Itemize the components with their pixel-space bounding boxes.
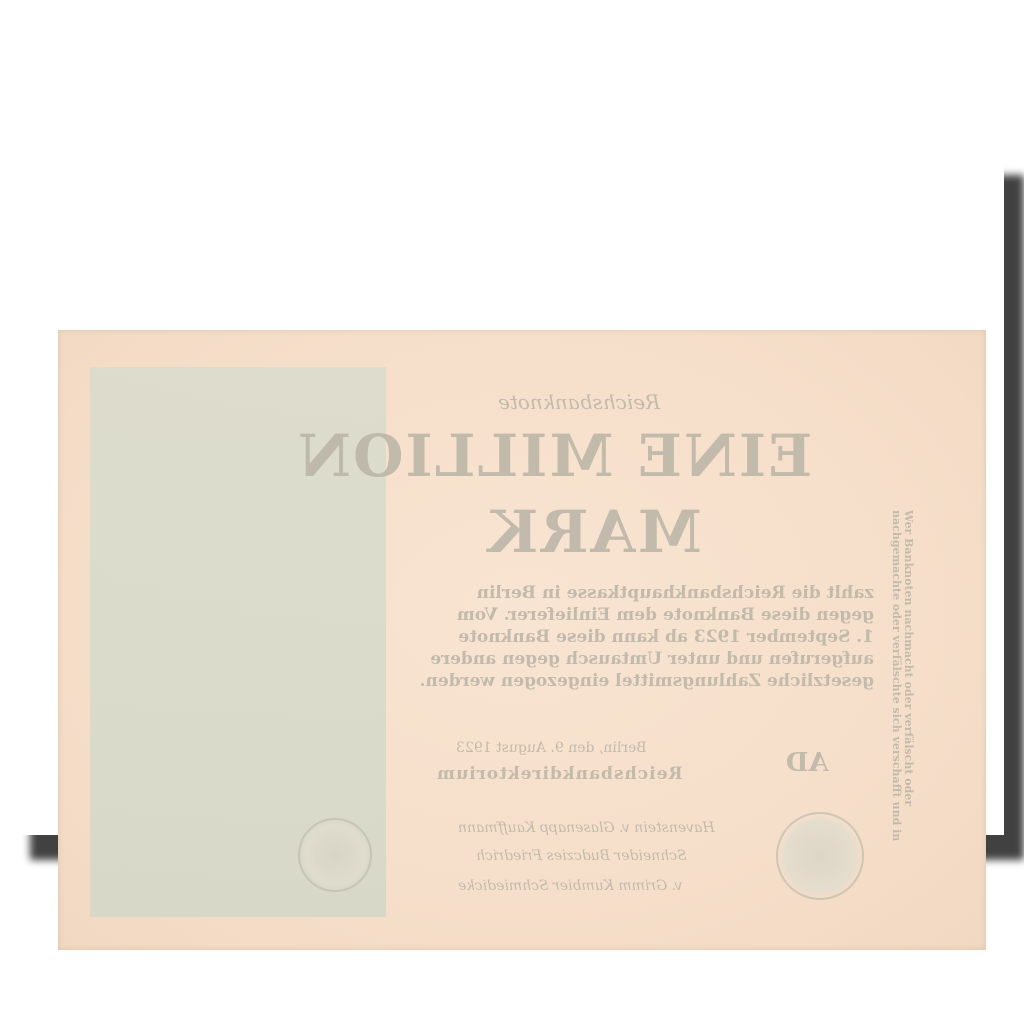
signature-text: Schneider Budczies Friedrich xyxy=(476,848,687,864)
body-line: gesetzliche Zahlungsmittel eingezogen we… xyxy=(314,670,874,692)
signature-row: Havenstein v. Glasenapp Kauffmann xyxy=(458,820,715,836)
place-date-text: Berlin, den 9. August 1923 xyxy=(456,740,647,756)
title-line-1: EINE MILLION xyxy=(296,422,812,490)
title-line-2: MARK xyxy=(486,498,702,566)
body-line: aufgerufen und unter Umtausch gegen ande… xyxy=(314,648,874,670)
title-line-2-text: MARK xyxy=(486,498,702,566)
body-line: zahlt die Reichsbankhauptkasse in Berlin xyxy=(314,582,874,604)
body-line: 1. September 1923 ab kann diese Banknote xyxy=(314,626,874,648)
series-mark: AD xyxy=(786,748,829,778)
side-warning-content: Wer Banknoten nachmacht oder verfälscht … xyxy=(890,510,914,879)
signature-row: v. Grimm Kumbier Schmiedicke xyxy=(458,878,682,894)
place-date: Berlin, den 9. August 1923 xyxy=(456,740,647,756)
banknote: Reichsbanknote EINE MILLION MARK zahlt d… xyxy=(58,330,986,950)
body-line: gegen diese Banknote dem Einlieferer. Vo… xyxy=(314,604,874,626)
issuer-label: Reichsbanknote xyxy=(498,390,660,414)
issuer-text: Reichsbanknote xyxy=(498,390,660,414)
signature-row: Schneider Budczies Friedrich xyxy=(476,848,687,864)
body-text: zahlt die Reichsbankhauptkasse in Berlin… xyxy=(314,582,874,692)
white-card: Reichsbanknote EINE MILLION MARK zahlt d… xyxy=(18,150,1004,835)
department: Reichsbankdirektorium xyxy=(436,764,683,784)
seal-icon xyxy=(298,818,372,892)
side-warning-text: Wer Banknoten nachmacht oder verfälscht … xyxy=(890,510,914,890)
title-line-1-text: EINE MILLION xyxy=(296,422,812,490)
signature-text: v. Grimm Kumbier Schmiedicke xyxy=(458,878,682,894)
department-text: Reichsbankdirektorium xyxy=(436,764,683,784)
signature-text: Havenstein v. Glasenapp Kauffmann xyxy=(458,820,715,836)
series-text: AD xyxy=(786,748,829,778)
eagle-seal-icon xyxy=(776,812,864,900)
